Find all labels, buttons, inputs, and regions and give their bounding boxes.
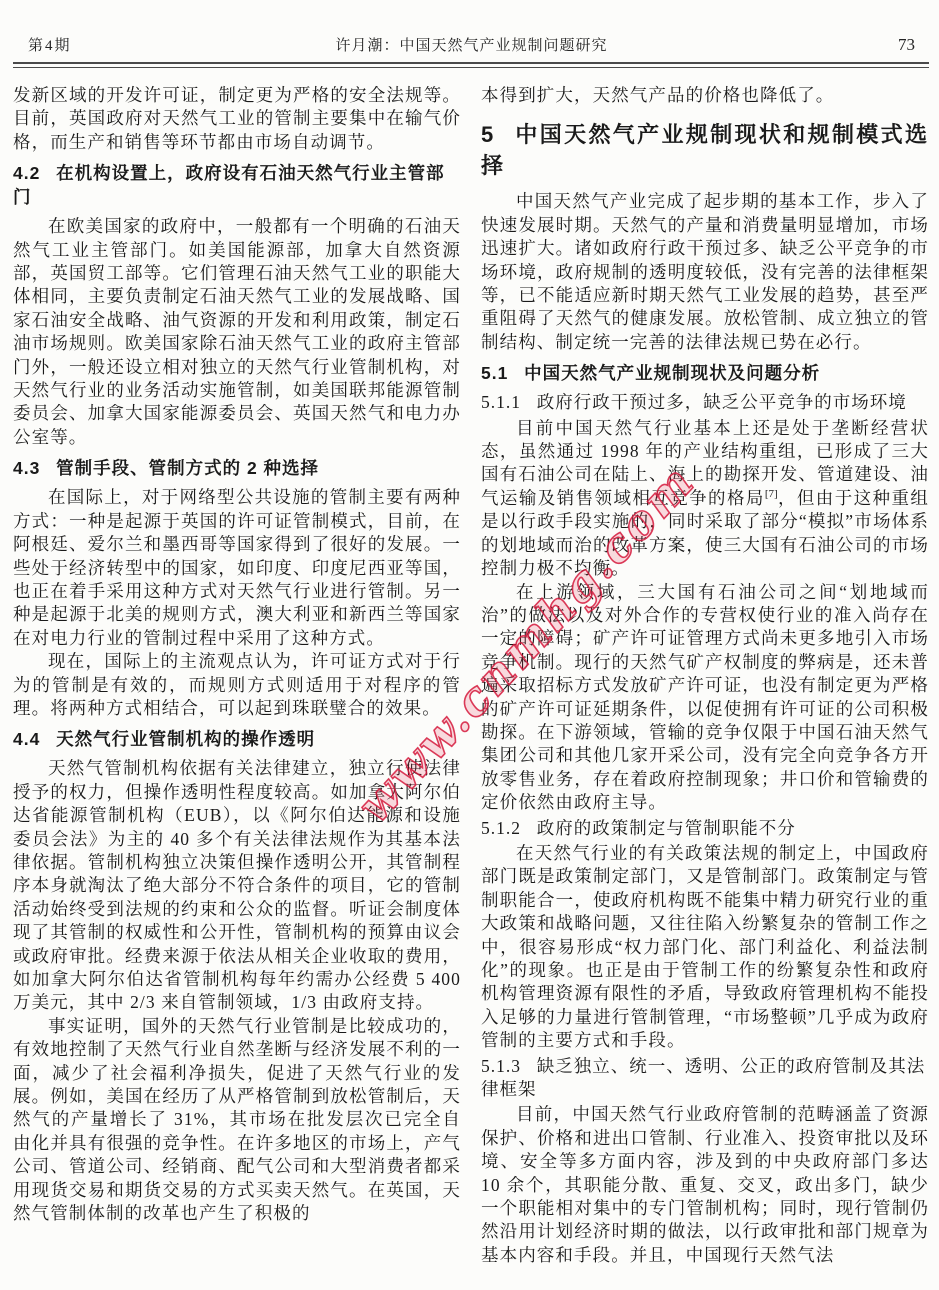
paragraph: 中国天然气产业完成了起步期的基本工作，步入了快速发展时期。天然气的产量和消费量明… [481, 190, 929, 354]
subsection-number: 5.1.3 [481, 1056, 521, 1076]
section-number: 4.2 [13, 163, 40, 183]
subsection-number: 5.1.2 [481, 818, 521, 838]
subsection-number: 5.1.1 [481, 392, 521, 412]
section-number: 4.3 [13, 458, 40, 478]
section-heading-4-2: 4.2在机构设置上，政府设有石油天然气行业主管部门 [13, 161, 461, 209]
section-heading-4-4: 4.4天然气行业管制机构的操作透明 [13, 727, 461, 751]
subsection-heading-5-1-2: 5.1.2政府的政策制定与管制职能不分 [481, 817, 929, 840]
section-number: 4.4 [13, 729, 40, 749]
paragraph: 目前，中国天然气行业政府管制的范畴涵盖了资源保护、价格和进出口管制、行业准入、投… [481, 1103, 929, 1267]
citation-ref: [7] [765, 488, 778, 500]
paragraph: 现在，国际上的主流观点认为，许可证方式对于行为的管制是有效的，而规则方式则适用于… [13, 650, 461, 720]
subsection-title: 缺乏独立、统一、透明、公正的政府管制及其法律框架 [481, 1056, 925, 1099]
subsection-heading-5-1-1: 5.1.1政府行政干预过多，缺乏公平竞争的市场环境 [481, 391, 929, 414]
paragraph: 在国际上，对于网络型公共设施的管制主要有两种方式：一种是起源于英国的许可证管制模… [13, 486, 461, 650]
chapter-number: 5 [481, 122, 495, 147]
paragraph: 本得到扩大，天然气产品的价格也降低了。 [481, 84, 929, 107]
header-page-number: 73 [785, 35, 915, 55]
section-number: 5.1 [481, 363, 508, 383]
two-column-body: 发新区域的开发许可证，制定更为严格的安全法规等。目前，英国政府对天然气工业的管制… [13, 84, 929, 1288]
paragraph-with-citation: 目前中国天然气行业基本上还是处于垄断经营状态，虽然通过 1998 年的产业结构重… [481, 417, 929, 581]
chapter-title: 中国天然气产业规制现状和规制模式选择 [481, 122, 929, 178]
header-running-title: 许月潮：中国天然气产业规制问题研究 [158, 34, 785, 55]
journal-page: 第4期 许月潮：中国天然气产业规制问题研究 73 www.cnmhg.com 发… [0, 0, 939, 1290]
column-right: 本得到扩大，天然气产品的价格也降低了。 5中国天然气产业规制现状和规制模式选择 … [481, 84, 929, 1288]
paragraph: 在欧美国家的政府中，一般都有一个明确的石油天然气工业主管部门。如美国能源部，加拿… [13, 215, 461, 449]
paragraph: 在天然气行业的有关政策法规的制定上，中国政府部门既是政策制定部门，又是管制部门。… [481, 842, 929, 1053]
section-heading-5-1: 5.1中国天然气产业规制现状及问题分析 [481, 361, 929, 385]
chapter-heading-5: 5中国天然气产业规制现状和规制模式选择 [481, 119, 929, 181]
header-issue: 第4期 [28, 34, 158, 55]
subsection-heading-5-1-3: 5.1.3缺乏独立、统一、透明、公正的政府管制及其法律框架 [481, 1055, 929, 1102]
paragraph: 天然气管制机构依据有关法律建立，独立行使法律授予的权力，但操作透明性程度较高。如… [13, 757, 461, 1014]
section-title: 管制手段、管制方式的 2 种选择 [56, 458, 319, 478]
header-double-rule [13, 62, 929, 68]
paragraph: 发新区域的开发许可证，制定更为严格的安全法规等。目前，英国政府对天然气工业的管制… [13, 84, 461, 154]
section-title: 在机构设置上，政府设有石油天然气行业主管部门 [13, 163, 445, 207]
column-left: 发新区域的开发许可证，制定更为严格的安全法规等。目前，英国政府对天然气工业的管制… [13, 84, 461, 1288]
paragraph: 在上游领域，三大国有石油公司之间“划地域而治”的做法以及对外合作的专营权使行业的… [481, 581, 929, 815]
subsection-title: 政府的政策制定与管制职能不分 [537, 818, 796, 838]
page-header: 第4期 许月潮：中国天然气产业规制问题研究 73 [28, 34, 915, 55]
section-title: 天然气行业管制机构的操作透明 [56, 729, 315, 749]
paragraph: 事实证明，国外的天然气行业管制是比较成功的，有效地控制了天然气行业自然垄断与经济… [13, 1015, 461, 1226]
section-heading-4-3: 4.3管制手段、管制方式的 2 种选择 [13, 456, 461, 480]
section-title: 中国天然气产业规制现状及问题分析 [524, 363, 820, 383]
subsection-title: 政府行政干预过多，缺乏公平竞争的市场环境 [537, 392, 907, 412]
